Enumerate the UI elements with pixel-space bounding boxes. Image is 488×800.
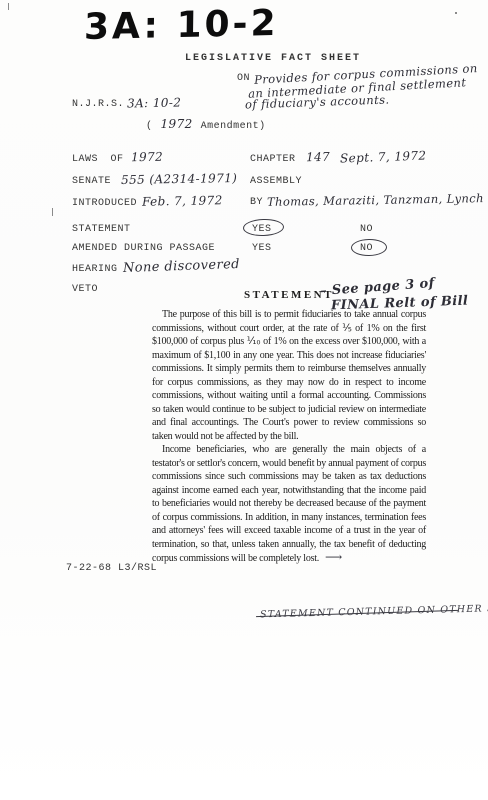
statement-paragraph-2-text: Income beneficiaries, who are generally … [152, 444, 426, 564]
introduced-label: INTRODUCED [72, 198, 137, 209]
hearing-label: HEARING [72, 264, 118, 275]
statement-no-option: NO [360, 224, 373, 235]
amended-yes-option: YES [252, 243, 272, 254]
amended-row-label: AMENDED DURING PASSAGE [72, 243, 215, 254]
statement-body: The purpose of this bill is to permit fi… [152, 308, 426, 566]
assembly-label: ASSEMBLY [250, 176, 302, 187]
by-label: BY [250, 197, 263, 208]
statement-paragraph-2: Income beneficiaries, who are generally … [152, 443, 426, 566]
scan-speck [8, 3, 9, 10]
scan-speck [455, 12, 457, 14]
statement-paragraph-1: The purpose of this bill is to permit fi… [152, 308, 426, 443]
introduced-value-handwritten: Feb. 7, 1972 [142, 193, 223, 208]
amendment-label: Amendment) [201, 121, 266, 132]
laws-of-label: LAWS OF [72, 154, 124, 165]
chapter-date-handwritten: Sept. 7, 1972 [340, 148, 427, 165]
footer-reference-code: 7-22-68 L3/RSL [66, 563, 157, 574]
hearing-value-handwritten: None discovered [123, 257, 240, 276]
amendment-line: ( 1972 Amendment) [146, 115, 266, 133]
scan-speck [52, 208, 53, 216]
scanned-fact-sheet-page: 3A: 10-2 LEGISLATIVE FACT SHEET ON Provi… [0, 0, 488, 800]
veto-label: VETO [72, 284, 98, 295]
amended-no-circle-annotation [351, 239, 387, 257]
statement-row-label: STATEMENT [72, 224, 131, 235]
senate-value-handwritten: 555 (A2314-1971) [121, 171, 238, 187]
statute-label: N.J.R.S. [72, 99, 124, 110]
chapter-label: CHAPTER [250, 154, 296, 165]
amendment-year-handwritten: 1972 [157, 117, 197, 131]
amendment-open-paren: ( [146, 121, 153, 132]
statute-value-handwritten: 3A: 10-2 [127, 96, 182, 111]
catalog-number-handwritten: 3A: 10-2 [84, 3, 279, 48]
statement-yes-circle-annotation [243, 218, 285, 236]
on-label: ON [237, 73, 250, 84]
page-title: LEGISLATIVE FACT SHEET [185, 53, 361, 64]
laws-of-value-handwritten: 1972 [131, 150, 163, 165]
statement-paragraph-1-text: The purpose of this bill is to permit fi… [152, 309, 426, 442]
handwritten-arrow: ⟶ [319, 550, 342, 564]
by-sponsors-handwritten: Thomas, Maraziti, Tanzman, Lynch [267, 191, 484, 209]
senate-label: SENATE [72, 176, 111, 187]
chapter-value-handwritten: 147 [306, 150, 330, 164]
